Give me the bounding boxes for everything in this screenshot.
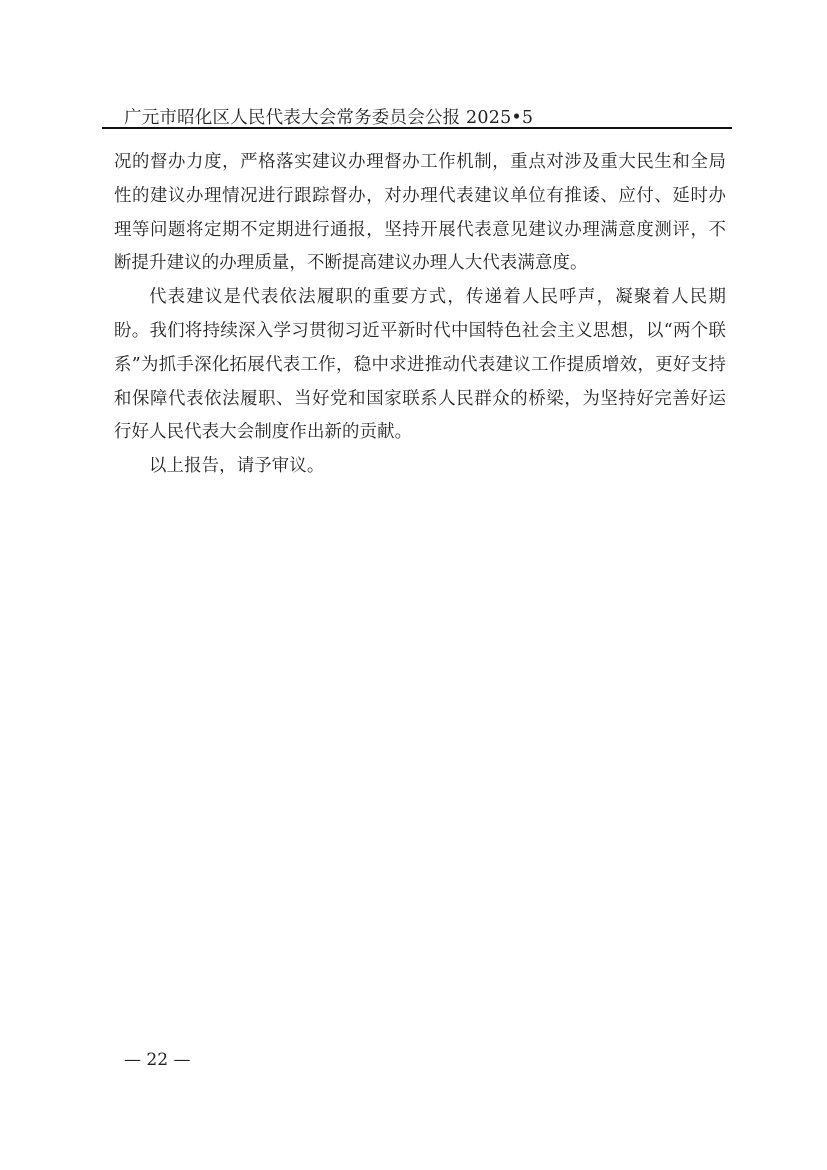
- paragraph-closing: 以上报告，请予审议。: [114, 450, 726, 484]
- header-divider: [102, 127, 732, 129]
- document-body: 况的督办力度，严格落实建议办理督办工作机制，重点对涉及重大民生和全局性的建议办理…: [114, 146, 726, 484]
- page-number: — 22 —: [124, 1050, 190, 1070]
- paragraph-conclusion: 代表建议是代表依法履职的重要方式，传递着人民呼声，凝聚着人民期盼。我们将持续深入…: [114, 281, 726, 450]
- paragraph-continuation: 况的督办力度，严格落实建议办理督办工作机制，重点对涉及重大民生和全局性的建议办理…: [114, 146, 726, 281]
- bulletin-header-title: 广元市昭化区人民代表大会常务委员会公报 2025•5: [124, 104, 533, 129]
